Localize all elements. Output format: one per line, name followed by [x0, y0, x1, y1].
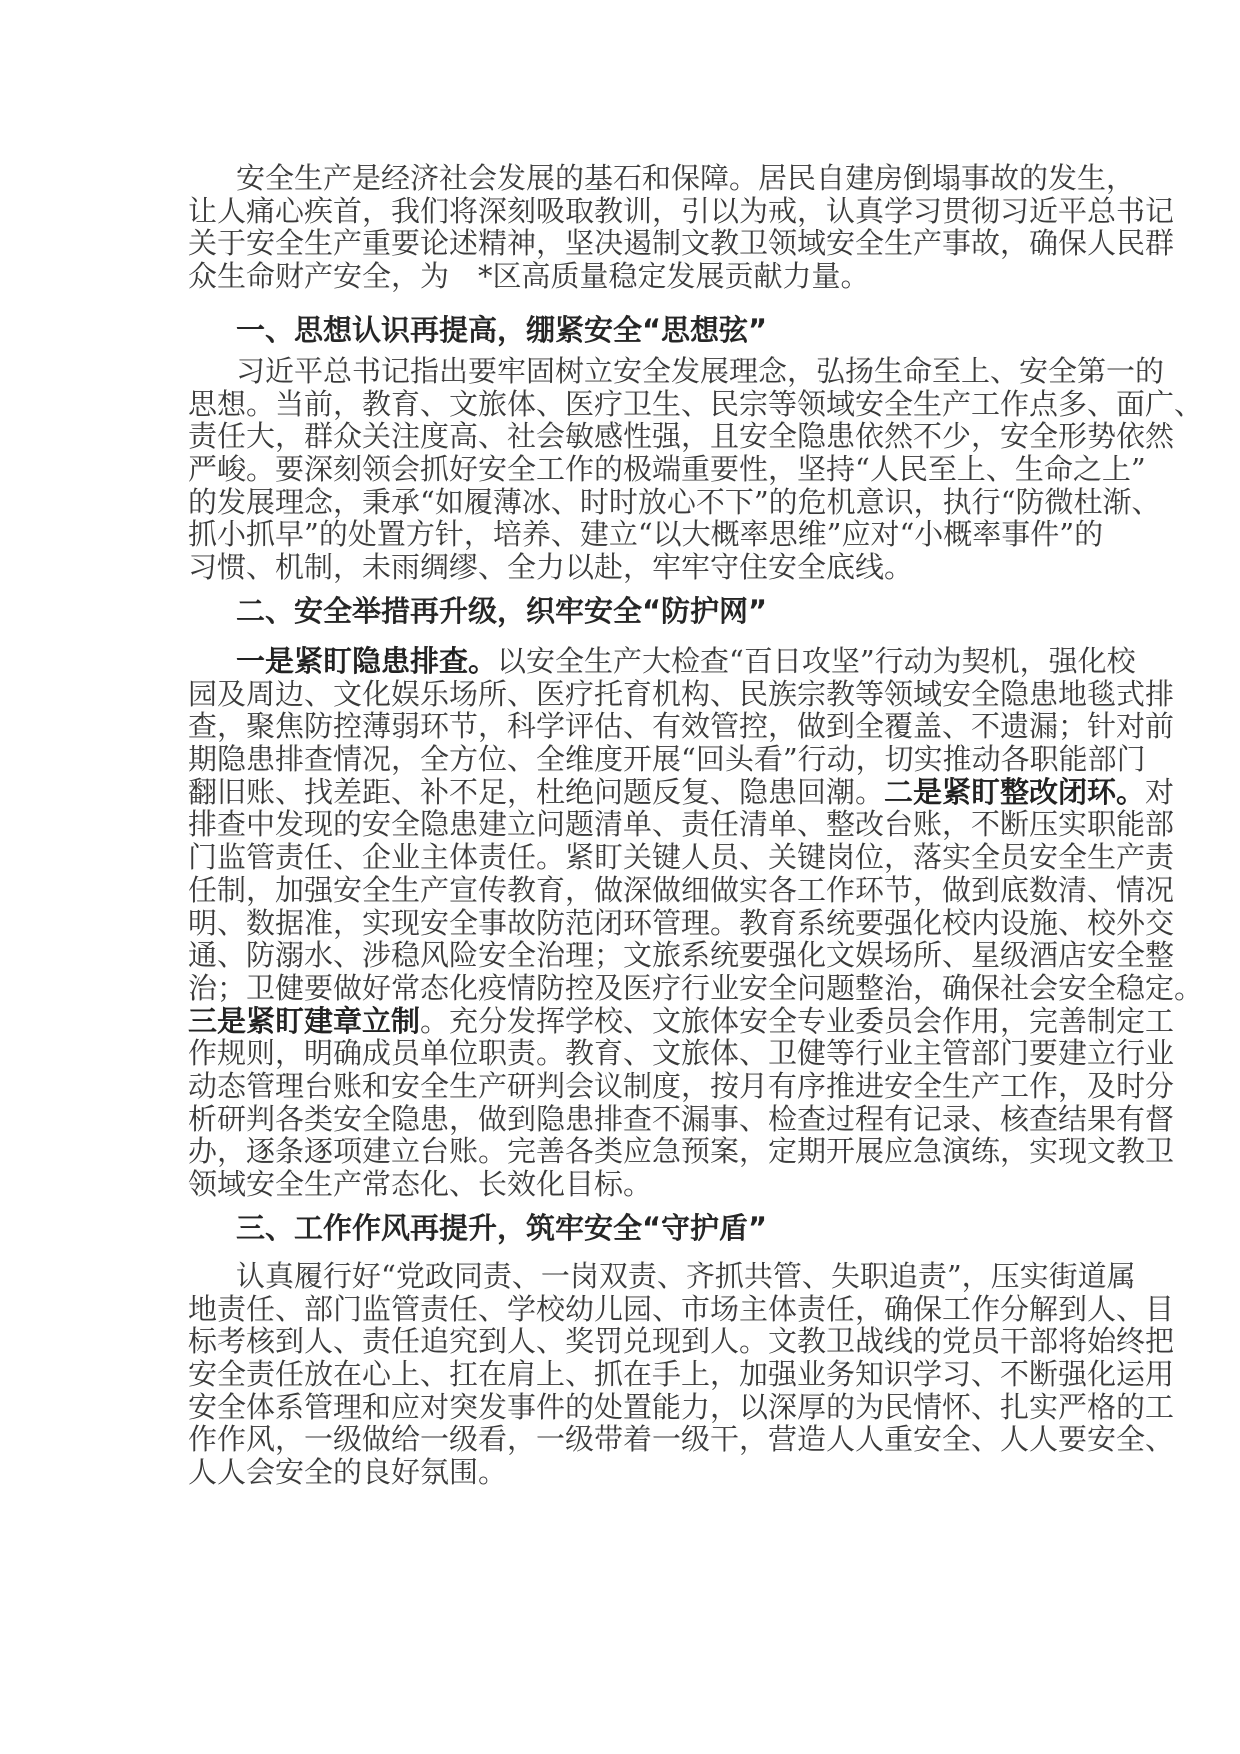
section-heading: 二、安全举措再升级，织牢安全“防护网” [188, 595, 1040, 628]
text-line: 一是紧盯隐患排查。以安全生产大检查“百日攻坚”行动为契机，强化校 [188, 645, 1040, 678]
text-segment: 一、思想认识再提高，绷紧安全“思想弦” [236, 313, 767, 347]
text-line: 查，聚焦防控薄弱环节，科学评估、有效管控，做到全覆盖、不遗漏；针对前 [188, 710, 1040, 743]
bold-lead-phrase: 二是紧盯整改闭环。 [884, 775, 1145, 809]
text-segment: 认真履行好“党政同责、一岗双责、齐抓共管、失职追责”，压实街道属 [236, 1259, 1136, 1293]
text-segment: 办，逐条逐项建立台账。完善各类应急预案，定期开展应急演练，实现文教卫 [188, 1134, 1174, 1168]
document-page: 安全生产是经济社会发展的基石和保障。居民自建房倒塌事故的发生，让人痛心疾首，我们… [0, 0, 1240, 1754]
text-segment: 安全责任放在心上、扛在肩上、抓在手上，加强业务知识学习、不断强化运用 [188, 1357, 1174, 1391]
text-segment: 。充分发挥学校、文旅体安全专业委员会作用，完善制定工 [420, 1004, 1174, 1038]
text-segment: 让人痛心疾首，我们将深刻吸取教训，引以为戒，认真学习贯彻习近平总书记 [188, 194, 1174, 228]
text-segment: 任制，加强安全生产宣传教育，做深做细做实各工作环节，做到底数清、情况 [188, 873, 1174, 907]
text-line: 翻旧账、找差距、补不足，杜绝问题反复、隐患回潮。二是紧盯整改闭环。对 [188, 776, 1040, 809]
text-segment: 抓小抓早”的处置方针，培养、建立“以大概率思维”应对“小概率事件”的 [188, 517, 1103, 551]
text-segment: 通、防溺水、涉稳风险安全治理；文旅系统要强化文娱场所、星级酒店安全整 [188, 938, 1174, 972]
text-line: 排查中发现的安全隐患建立问题清单、责任清单、整改台账，不断压实职能部 [188, 808, 1040, 841]
text-line: 安全责任放在心上、扛在肩上、抓在手上，加强业务知识学习、不断强化运用 [188, 1358, 1040, 1391]
bold-lead-phrase: 一是紧盯隐患排查。 [236, 644, 497, 678]
text-segment: 门监管责任、企业主体责任。紧盯关键人员、关键岗位，落实全员安全生产责 [188, 840, 1174, 874]
text-segment: 领域安全生产常态化、长效化目标。 [188, 1167, 652, 1201]
text-segment: 园及周边、文化娱乐场所、医疗托育机构、民族宗教等领域安全隐患地毯式排 [188, 677, 1174, 711]
text-segment: 标考核到人、责任追究到人、奖罚兑现到人。文教卫战线的党员干部将始终把 [188, 1324, 1174, 1358]
body-paragraph: 一是紧盯隐患排查。以安全生产大检查“百日攻坚”行动为契机，强化校园及周边、文化娱… [188, 645, 1040, 1201]
text-segment: 作作风，一级做给一级看，一级带着一级干，营造人人重安全、人人要安全、 [188, 1422, 1174, 1456]
text-line: 园及周边、文化娱乐场所、医疗托育机构、民族宗教等领域安全隐患地毯式排 [188, 678, 1040, 711]
text-segment: 地责任、部门监管责任、学校幼儿园、市场主体责任，确保工作分解到人、目 [188, 1292, 1174, 1326]
text-line: 的发展理念，秉承“如履薄冰、时时放心不下”的危机意识，执行“防微杜渐、 [188, 486, 1040, 519]
text-segment: 责任大，群众关注度高、社会敏感性强，且安全隐患依然不少，安全形势依然 [188, 419, 1174, 453]
text-segment: 查，聚焦防控薄弱环节，科学评估、有效管控，做到全覆盖、不遗漏；针对前 [188, 709, 1174, 743]
section-heading: 三、工作作风再提升，筑牢安全“守护盾” [188, 1212, 1040, 1245]
text-line: 任制，加强安全生产宣传教育，做深做细做实各工作环节，做到底数清、情况 [188, 874, 1040, 907]
text-line: 责任大，群众关注度高、社会敏感性强，且安全隐患依然不少，安全形势依然 [188, 420, 1040, 453]
text-segment: 的发展理念，秉承“如履薄冰、时时放心不下”的危机意识，执行“防微杜渐、 [188, 485, 1160, 519]
text-line: 门监管责任、企业主体责任。紧盯关键人员、关键岗位，落实全员安全生产责 [188, 841, 1040, 874]
text-line: 动态管理台账和安全生产研判会议制度，按月有序推进安全生产工作，及时分 [188, 1070, 1040, 1103]
text-line: 作作风，一级做给一级看，一级带着一级干，营造人人重安全、人人要安全、 [188, 1423, 1040, 1456]
text-line: 二、安全举措再升级，织牢安全“防护网” [188, 595, 1040, 628]
text-line: 地责任、部门监管责任、学校幼儿园、市场主体责任，确保工作分解到人、目 [188, 1293, 1040, 1326]
text-line: 习近平总书记指出要牢固树立安全发展理念，弘扬生命至上、安全第一的 [188, 355, 1040, 388]
text-segment: 对 [1145, 775, 1174, 809]
body-paragraph: 安全生产是经济社会发展的基石和保障。居民自建房倒塌事故的发生，让人痛心疾首，我们… [188, 162, 1040, 293]
text-segment: 以安全生产大检查“百日攻坚”行动为契机，强化校 [497, 644, 1136, 678]
text-segment: 习近平总书记指出要牢固树立安全发展理念，弘扬生命至上、安全第一的 [236, 354, 1164, 388]
text-line: 关于安全生产重要论述精神，坚决遏制文教卫领域安全生产事故，确保人民群 [188, 227, 1040, 260]
bold-lead-phrase: 三是紧盯建章立制 [188, 1004, 420, 1038]
text-segment: 动态管理台账和安全生产研判会议制度，按月有序推进安全生产工作，及时分 [188, 1069, 1174, 1103]
text-line: 认真履行好“党政同责、一岗双责、齐抓共管、失职追责”，压实街道属 [188, 1260, 1040, 1293]
text-line: 作规则，明确成员单位职责。教育、文旅体、卫健等行业主管部门要建立行业 [188, 1037, 1040, 1070]
text-segment: 明、数据准，实现安全事故防范闭环管理。教育系统要强化校内设施、校外交 [188, 906, 1174, 940]
text-segment: 排查中发现的安全隐患建立问题清单、责任清单、整改台账，不断压实职能部 [188, 807, 1174, 841]
text-line: 治；卫健要做好常态化疫情防控及医疗行业安全问题整治，确保社会安全稳定。 [188, 972, 1040, 1005]
text-segment: 关于安全生产重要论述精神，坚决遏制文教卫领域安全生产事故，确保人民群 [188, 226, 1174, 260]
text-line: 安全体系管理和应对突发事件的处置能力，以深厚的为民情怀、扎实严格的工 [188, 1391, 1040, 1424]
text-segment: 思想。当前，教育、文旅体、医疗卫生、民宗等领域安全生产工作点多、面广、 [188, 387, 1203, 421]
text-line: 安全生产是经济社会发展的基石和保障。居民自建房倒塌事故的发生， [188, 162, 1040, 195]
text-line: 习惯、机制，未雨绸缪、全力以赴，牢牢守住安全底线。 [188, 551, 1040, 584]
text-line: 三、工作作风再提升，筑牢安全“守护盾” [188, 1212, 1040, 1245]
text-segment: 析研判各类安全隐患，做到隐患排查不漏事、检查过程有记录、核查结果有督 [188, 1102, 1174, 1136]
text-segment: 翻旧账、找差距、补不足，杜绝问题反复、隐患回潮。 [188, 775, 884, 809]
body-paragraph: 习近平总书记指出要牢固树立安全发展理念，弘扬生命至上、安全第一的思想。当前，教育… [188, 355, 1040, 584]
text-line: 让人痛心疾首，我们将深刻吸取教训，引以为戒，认真学习贯彻习近平总书记 [188, 195, 1040, 228]
text-segment: 众生命财产安全，为 *区高质量稳定发展贡献力量。 [188, 259, 870, 293]
text-line: 办，逐条逐项建立台账。完善各类应急预案，定期开展应急演练，实现文教卫 [188, 1135, 1040, 1168]
text-segment: 人人会安全的良好氛围。 [188, 1455, 507, 1489]
text-line: 明、数据准，实现安全事故防范闭环管理。教育系统要强化校内设施、校外交 [188, 907, 1040, 940]
text-line: 通、防溺水、涉稳风险安全治理；文旅系统要强化文娱场所、星级酒店安全整 [188, 939, 1040, 972]
text-segment: 严峻。要深刻领会抓好安全工作的极端重要性，坚持“人民至上、生命之上” [188, 452, 1146, 486]
text-line: 标考核到人、责任追究到人、奖罚兑现到人。文教卫战线的党员干部将始终把 [188, 1325, 1040, 1358]
text-segment: 二、安全举措再升级，织牢安全“防护网” [236, 594, 767, 628]
body-paragraph: 认真履行好“党政同责、一岗双责、齐抓共管、失职追责”，压实街道属地责任、部门监管… [188, 1260, 1040, 1489]
text-line: 人人会安全的良好氛围。 [188, 1456, 1040, 1489]
section-heading: 一、思想认识再提高，绷紧安全“思想弦” [188, 314, 1040, 347]
text-segment: 作规则，明确成员单位职责。教育、文旅体、卫健等行业主管部门要建立行业 [188, 1036, 1174, 1070]
text-line: 抓小抓早”的处置方针，培养、建立“以大概率思维”应对“小概率事件”的 [188, 518, 1040, 551]
text-line: 三是紧盯建章立制。充分发挥学校、文旅体安全专业委员会作用，完善制定工 [188, 1005, 1040, 1038]
text-line: 期隐患排查情况，全方位、全维度开展“回头看”行动，切实推动各职能部门 [188, 743, 1040, 776]
text-segment: 期隐患排查情况，全方位、全维度开展“回头看”行动，切实推动各职能部门 [188, 742, 1146, 776]
text-segment: 安全生产是经济社会发展的基石和保障。居民自建房倒塌事故的发生， [236, 161, 1135, 195]
text-segment: 三、工作作风再提升，筑牢安全“守护盾” [236, 1211, 767, 1245]
text-line: 思想。当前，教育、文旅体、医疗卫生、民宗等领域安全生产工作点多、面广、 [188, 388, 1040, 421]
text-segment: 治；卫健要做好常态化疫情防控及医疗行业安全问题整治，确保社会安全稳定。 [188, 971, 1203, 1005]
text-line: 众生命财产安全，为 *区高质量稳定发展贡献力量。 [188, 260, 1040, 293]
text-line: 一、思想认识再提高，绷紧安全“思想弦” [188, 314, 1040, 347]
text-line: 析研判各类安全隐患，做到隐患排查不漏事、检查过程有记录、核查结果有督 [188, 1103, 1040, 1136]
text-segment: 习惯、机制，未雨绸缪、全力以赴，牢牢守住安全底线。 [188, 550, 913, 584]
text-line: 严峻。要深刻领会抓好安全工作的极端重要性，坚持“人民至上、生命之上” [188, 453, 1040, 486]
text-line: 领域安全生产常态化、长效化目标。 [188, 1168, 1040, 1201]
text-segment: 安全体系管理和应对突发事件的处置能力，以深厚的为民情怀、扎实严格的工 [188, 1390, 1174, 1424]
